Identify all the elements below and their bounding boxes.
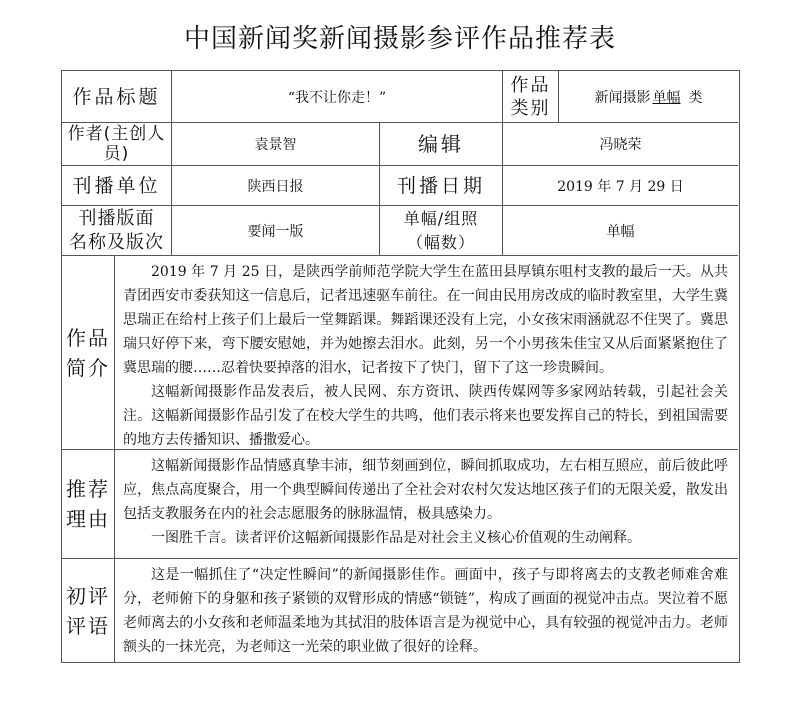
editor-label: 编辑 bbox=[418, 130, 464, 158]
date-label: 刊播日期 bbox=[397, 172, 485, 200]
reason-label-line2: 理由 bbox=[66, 504, 110, 534]
title-value-cell: “我不让你走！” bbox=[172, 71, 503, 123]
page-value-cell: 要闻一版 bbox=[172, 206, 380, 256]
editor-value: 冯晓荣 bbox=[600, 134, 642, 154]
count-value: 单幅 bbox=[607, 221, 635, 241]
count-label-line1: 单幅/组照 bbox=[404, 207, 478, 231]
title-value: “我不让你走！” bbox=[288, 87, 386, 107]
reason-paragraph: 一图胜千言。读者评价这幅新闻摄影作品是对社会主义核心价值观的生动阐释。 bbox=[123, 526, 728, 550]
publisher-value-cell: 陕西日报 bbox=[172, 166, 380, 206]
intro-content: 2019 年 7 月 25 日，是陕西学前师范学院大学生在蓝田县厚镇东咀村支教的… bbox=[115, 256, 738, 450]
count-label-cell: 单幅/组照 （幅数） bbox=[380, 206, 503, 256]
intro-label-line2: 简介 bbox=[66, 353, 110, 383]
editor-label-cell: 编辑 bbox=[380, 123, 503, 166]
editor-value-cell: 冯晓荣 bbox=[503, 123, 738, 166]
category-fill: 单幅 bbox=[651, 87, 689, 107]
document-title: 中国新闻奖新闻摄影参评作品推荐表 bbox=[0, 18, 800, 55]
review-label-cell: 初评 评语 bbox=[62, 559, 115, 662]
title-label-cell: 作品标题 bbox=[62, 71, 172, 123]
intro-paragraph: 2019 年 7 月 25 日，是陕西学前师范学院大学生在蓝田县厚镇东咀村支教的… bbox=[123, 260, 728, 380]
review-content: 这是一幅抓住了“决定性瞬间”的新闻摄影佳作。画面中，孩子与即将离去的支教老师难舍… bbox=[115, 559, 738, 662]
reason-content: 这幅新闻摄影作品情感真挚丰沛，细节刻画到位，瞬间抓取成功，左右相互照应，前后彼此… bbox=[115, 450, 738, 559]
page-label-cell: 刊播版面 名称及版次 bbox=[62, 206, 172, 256]
publisher-value: 陕西日报 bbox=[248, 176, 304, 196]
count-label-line2: （幅数） bbox=[407, 231, 475, 255]
count-value-cell: 单幅 bbox=[503, 206, 738, 256]
date-value: 2019 年 7 月 29 日 bbox=[557, 176, 684, 196]
author-label: 作者(主创人员) bbox=[64, 124, 169, 164]
page-value: 要闻一版 bbox=[248, 221, 304, 241]
category-label-cell: 作品类别 bbox=[503, 71, 559, 123]
publisher-label: 刊播单位 bbox=[72, 172, 160, 200]
category-prefix: 新闻摄影 bbox=[595, 87, 651, 107]
reason-label-line1: 推荐 bbox=[66, 474, 110, 504]
publisher-label-cell: 刊播单位 bbox=[62, 166, 172, 206]
author-value: 袁景智 bbox=[255, 134, 297, 154]
title-label: 作品标题 bbox=[72, 83, 160, 111]
author-label-cell: 作者(主创人员) bbox=[62, 123, 172, 166]
intro-label-line1: 作品 bbox=[66, 323, 110, 353]
review-paragraph: 这是一幅抓住了“决定性瞬间”的新闻摄影佳作。画面中，孩子与即将离去的支教老师难舍… bbox=[123, 563, 728, 659]
reason-paragraph: 这幅新闻摄影作品情感真挚丰沛，细节刻画到位，瞬间抓取成功，左右相互照应，前后彼此… bbox=[123, 454, 728, 526]
category-label: 作品类别 bbox=[507, 74, 554, 120]
intro-paragraph: 这幅新闻摄影作品发表后，被人民网、东方资讯、陕西传媒网等多家网站转载，引起社会关… bbox=[123, 380, 728, 452]
category-suffix: 类 bbox=[689, 87, 703, 107]
page-label-line2: 名称及版次 bbox=[69, 231, 164, 255]
reason-label-cell: 推荐 理由 bbox=[62, 450, 115, 559]
page-label-line1: 刊播版面 bbox=[79, 207, 155, 231]
author-value-cell: 袁景智 bbox=[172, 123, 380, 166]
review-label-line1: 初评 bbox=[66, 581, 110, 611]
intro-label-cell: 作品 简介 bbox=[62, 256, 115, 450]
date-value-cell: 2019 年 7 月 29 日 bbox=[503, 166, 738, 206]
recommendation-form-table: 作品标题 “我不让你走！” 作品类别 新闻摄影 单幅 类 作者(主创人员) 袁景… bbox=[61, 70, 740, 663]
category-value-cell: 新闻摄影 单幅 类 bbox=[559, 71, 738, 123]
review-label-line2: 评语 bbox=[66, 611, 110, 641]
date-label-cell: 刊播日期 bbox=[380, 166, 503, 206]
